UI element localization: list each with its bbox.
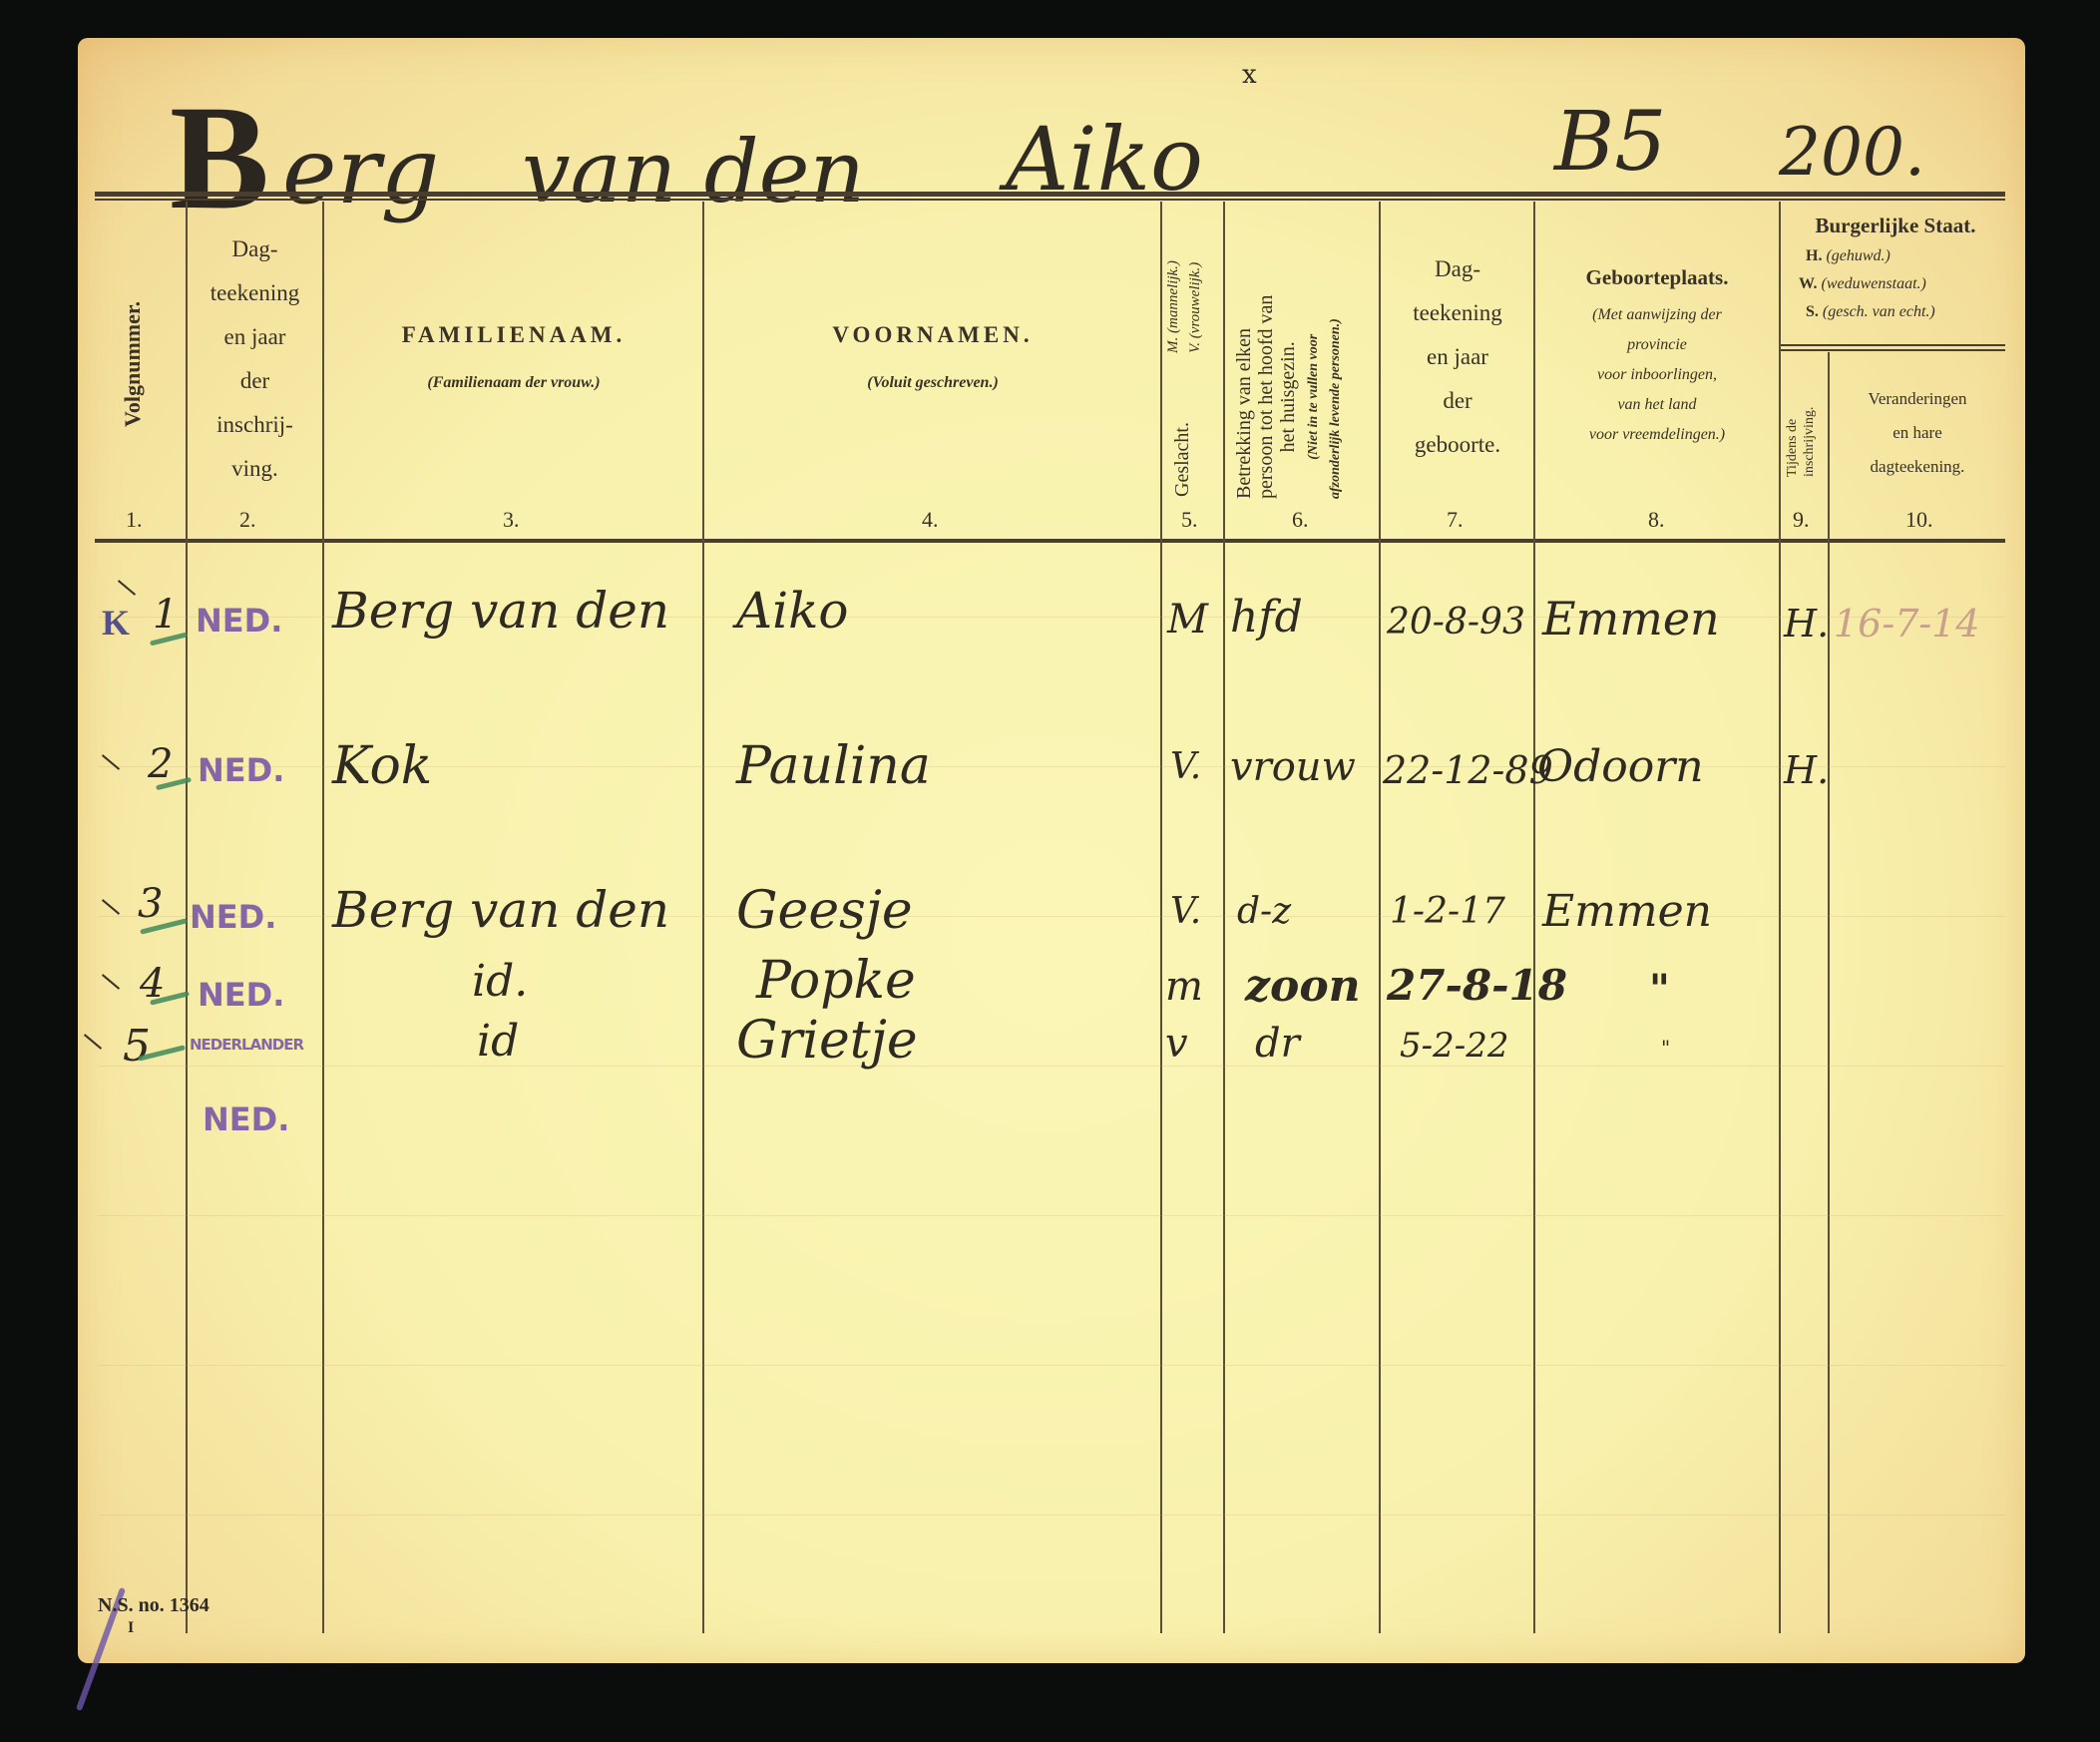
- row-geslacht: V.: [1170, 891, 1201, 932]
- title-surname-rest: erg: [282, 118, 439, 224]
- row-familienaam: id.: [472, 956, 528, 1007]
- nationality-stamp: NED.: [198, 976, 284, 1014]
- row-voornamen: Paulina: [736, 736, 931, 796]
- col-divider-9: [1828, 352, 1830, 1633]
- card-code: B5: [1554, 93, 1666, 197]
- row-voornamen: Grietje: [736, 1011, 918, 1071]
- ruled-line: [98, 1365, 2005, 1366]
- nationality-stamp: NED.: [198, 751, 284, 789]
- col10-header: Veranderingen en hare dagteekening.: [1830, 382, 2005, 484]
- form-sub: I: [128, 1619, 134, 1637]
- col5-header: Geslacht.: [1171, 422, 1194, 497]
- row-geboortedatum: 22-12-89: [1383, 748, 1553, 792]
- burgerlijke-staat-header: Burgerlijke Staat. H. (gehuwd.) W. (wedu…: [1781, 214, 2010, 326]
- staat-rule-2: [1779, 349, 2005, 351]
- row-voornamen: Geesje: [736, 881, 913, 941]
- col-divider-5: [1223, 202, 1225, 1633]
- check-tick: [102, 899, 120, 915]
- title-mark: x: [1242, 60, 1257, 90]
- row-familienaam: Kok: [332, 736, 432, 796]
- row-volgnummer: 1: [153, 592, 178, 638]
- row-geslacht: M: [1167, 597, 1208, 643]
- col-divider-8: [1779, 202, 1781, 1633]
- header-bottom-rule: [95, 539, 2005, 543]
- nationality-stamp: NED.: [196, 602, 282, 640]
- row-margin-mark: K: [102, 602, 130, 644]
- col3-header: FAMILIENAAM. (Familienaam der vrouw.): [324, 322, 703, 392]
- ruled-line: [98, 1066, 2005, 1067]
- col-divider-3: [702, 202, 704, 1633]
- row-geboortedatum: 20-8-93: [1387, 602, 1525, 643]
- row-veranderingen: 16-7-14: [1834, 602, 1980, 646]
- row-geboorteplaats: Emmen: [1542, 886, 1712, 937]
- nationality-stamp-extra: NED.: [203, 1100, 289, 1138]
- col7-header: Dag- teekening en jaar der geboorte.: [1381, 247, 1534, 467]
- ruled-line: [98, 1215, 2005, 1216]
- row-familienaam: id: [477, 1016, 519, 1067]
- col-number-3: 3.: [503, 507, 520, 533]
- check-tick: [84, 1034, 102, 1050]
- col1-header: Volgnummer.: [120, 301, 146, 427]
- row-geboortedatum: 27-8-18: [1387, 961, 1567, 1010]
- staat-rule-1: [1779, 344, 2005, 346]
- row-geslacht: V.: [1170, 746, 1201, 787]
- row-betrekking: dr: [1255, 1021, 1300, 1067]
- row-betrekking: d-z: [1237, 891, 1291, 932]
- row-betrekking: hfd: [1230, 592, 1303, 643]
- row-familienaam: Berg van den: [332, 582, 669, 640]
- row-staat: H.: [1784, 602, 1829, 646]
- row-betrekking: vrouw: [1230, 744, 1356, 790]
- col-number-10: 10.: [1905, 507, 1933, 533]
- title-initial: B: [170, 83, 269, 232]
- card-code-number: 200.: [1779, 113, 1925, 197]
- col-number-9: 9.: [1793, 507, 1810, 533]
- col-divider-2: [322, 202, 324, 1633]
- check-tick: [102, 754, 120, 770]
- col-number-4: 4.: [922, 507, 939, 533]
- row-geboorteplaats: Odoorn: [1537, 741, 1704, 792]
- row-voornamen: Popke: [756, 951, 916, 1011]
- row-betrekking: zoon: [1245, 961, 1361, 1012]
- row-geslacht: m: [1165, 964, 1203, 1010]
- col9-header: Tijdens de inschrijving.: [1784, 407, 1818, 477]
- col-number-1: 1.: [126, 507, 143, 533]
- row-geslacht: v: [1165, 1021, 1188, 1067]
- row-geboorteplaats: ": [1661, 1036, 1670, 1060]
- col-divider-4: [1160, 202, 1162, 1633]
- top-rule: [95, 192, 2005, 197]
- col5-sub-v: V. (vrouwelijk.): [1187, 262, 1204, 353]
- nationality-stamp: NED.: [190, 898, 276, 936]
- row-volgnummer: 2: [148, 741, 173, 787]
- col-number-2: 2.: [239, 507, 256, 533]
- col6-header: Betrekking van elken persoon tot het hoo…: [1233, 295, 1347, 499]
- col5-sub-m: M. (mannelijk.): [1165, 260, 1182, 353]
- row-volgnummer: 3: [138, 881, 163, 927]
- top-rule-thin: [95, 199, 2005, 201]
- check-tick: [118, 580, 136, 596]
- row-geboorteplaats: ": [1649, 966, 1670, 1013]
- row-voornamen: Aiko: [736, 582, 849, 640]
- col-number-5: 5.: [1181, 507, 1198, 533]
- ruled-line: [98, 1515, 2005, 1516]
- row-familienaam: Berg van den: [332, 881, 669, 939]
- registration-card: B erg van den Aiko x B5 200. Volgnummer.…: [78, 38, 2025, 1663]
- col-number-7: 7.: [1447, 507, 1464, 533]
- col2-header: Dag- teekening en jaar der inschrij- vin…: [188, 227, 322, 491]
- row-geboorteplaats: Emmen: [1542, 592, 1720, 646]
- form-code: N.S. no. 1364: [98, 1594, 210, 1617]
- col-number-8: 8.: [1648, 507, 1665, 533]
- row-volgnummer: 5: [123, 1021, 151, 1072]
- row-geboortedatum: 5-2-22: [1400, 1026, 1509, 1066]
- row-staat: H.: [1784, 748, 1829, 792]
- col-number-6: 6.: [1292, 507, 1309, 533]
- col4-header: VOORNAMEN. (Voluit geschreven.): [704, 322, 1161, 392]
- check-tick: [102, 974, 120, 990]
- title-middle: van den: [522, 123, 865, 222]
- row-geboortedatum: 1-2-17: [1390, 891, 1505, 932]
- nationality-stamp: NEDERLANDER: [190, 1036, 303, 1054]
- col8-header: Geboorteplaats. (Met aanwijzing der prov…: [1535, 265, 1779, 450]
